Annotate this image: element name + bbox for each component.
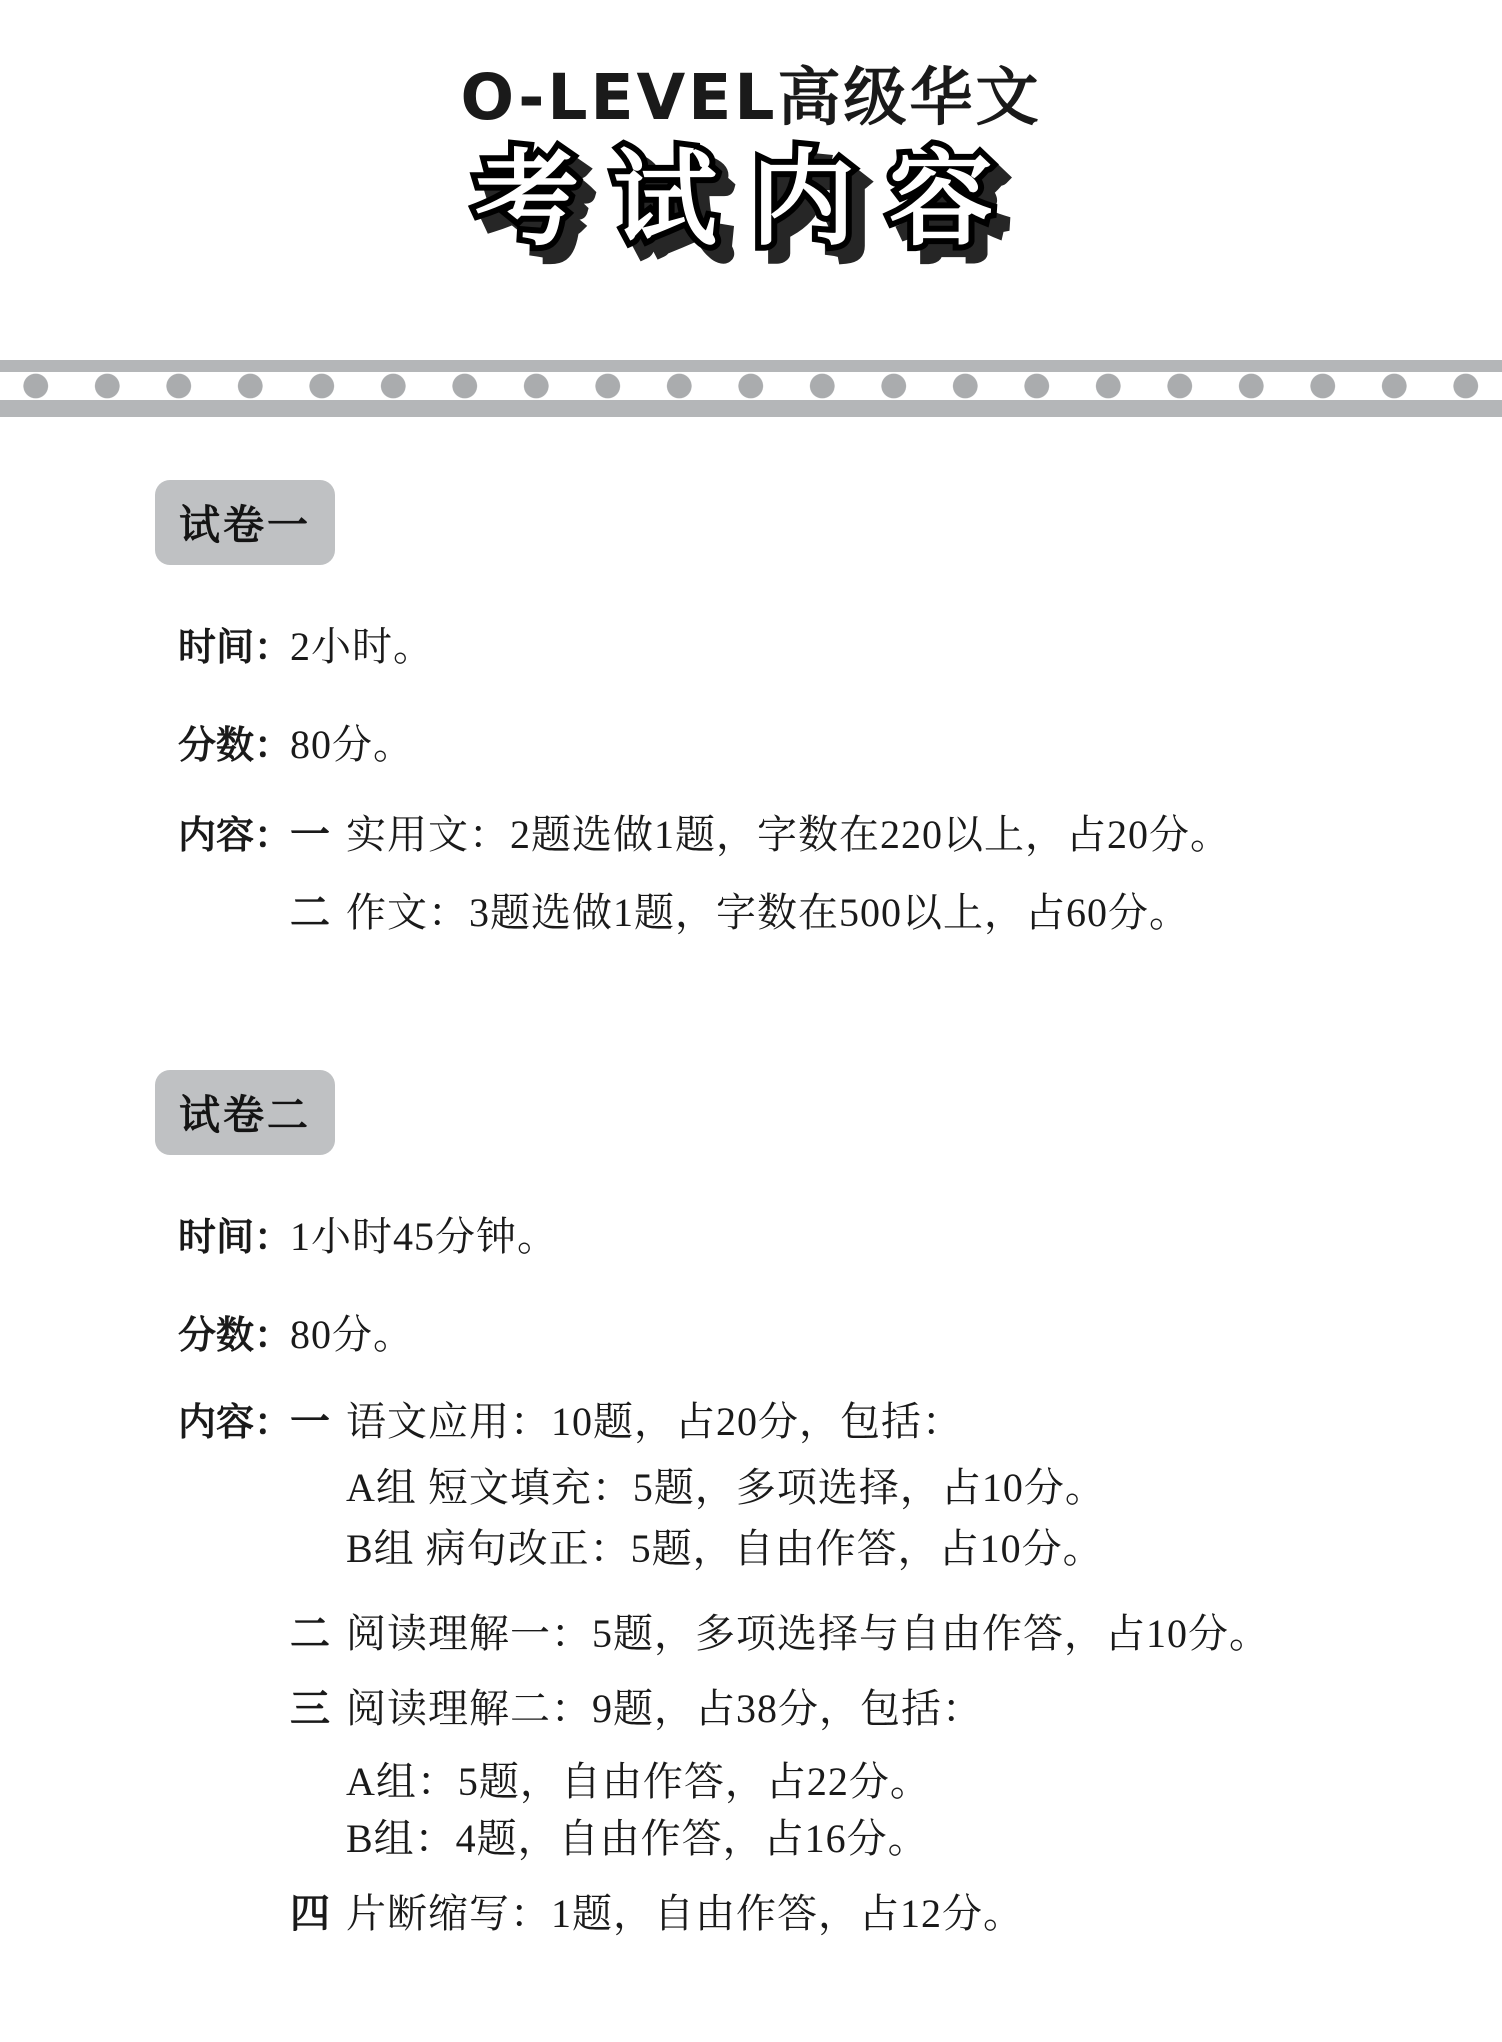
paper2-content-row-2: 二 阅读理解一：5题，多项选择与自由作答，占10分。 xyxy=(178,1610,1502,1658)
paper1-item2-text: 作文：3题选做1题，字数在500以上，占60分。 xyxy=(346,889,1190,937)
paper2-content-row-4: 四 片断缩写：1题，自由作答，占12分。 xyxy=(178,1890,1502,1938)
paper1-time-row: 时间： 2小时。 xyxy=(178,623,1502,671)
paper2-time-row: 时间： 1小时45分钟。 xyxy=(178,1213,1502,1261)
strip-dot-pattern xyxy=(0,372,1502,400)
page-subtitle: 考试内容 考试内容 考试内容 xyxy=(0,137,1502,307)
paper1-score-row: 分数： 80分。 xyxy=(178,721,1502,769)
paper2-content-label: 内容： xyxy=(178,1398,290,1446)
paper1-time-value: 2小时。 xyxy=(290,623,434,671)
strip-top-bar xyxy=(0,360,1502,372)
paper1-item1-text: 实用文：2题选做1题，字数在220以上，占20分。 xyxy=(346,811,1231,859)
page-title: O-LEVEL高级华文 xyxy=(0,0,1502,129)
paper1-content-row-1: 内容： 一 实用文：2题选做1题，字数在220以上，占20分。 xyxy=(178,811,1502,859)
paper2-item1-ordinal: 一 xyxy=(290,1398,346,1446)
paper2-item1-subrow-b: B组 病句改正：5题，自由作答，占10分。 xyxy=(346,1525,1502,1573)
paper2-item1-sub-a-text: A组 短文填充：5题，多项选择，占10分。 xyxy=(346,1464,1106,1512)
strip-bottom-bar xyxy=(0,400,1502,417)
paper2-item1-subrow-a: A组 短文填充：5题，多项选择，占10分。 xyxy=(346,1464,1502,1512)
film-strip-divider xyxy=(0,360,1502,417)
spacer xyxy=(178,1610,290,1658)
paper2-score-value: 80分。 xyxy=(290,1311,414,1359)
subtitle-fill-layer: 考试内容 xyxy=(475,138,1027,260)
paper2-item3-ordinal: 三 xyxy=(290,1685,346,1733)
spacer xyxy=(178,1685,290,1733)
paper2-time-value: 1小时45分钟。 xyxy=(290,1213,558,1261)
paper2-score-row: 分数： 80分。 xyxy=(178,1311,1502,1359)
paper1-badge: 试卷一 xyxy=(155,480,335,565)
paper2-item3-subrow-a: A组：5题，自由作答，占22分。 xyxy=(346,1758,1502,1806)
paper2-item1-text: 语文应用：10题，占20分，包括： xyxy=(346,1398,963,1446)
paper1-score-label: 分数： xyxy=(178,721,290,769)
paper2-content-row-3: 三 阅读理解二：9题，占38分，包括： xyxy=(178,1685,1502,1733)
paper2-badge: 试卷二 xyxy=(155,1070,335,1155)
paper1-content-row-2: 二 作文：3题选做1题，字数在500以上，占60分。 xyxy=(178,889,1502,937)
spacer xyxy=(178,1890,290,1938)
paper2-item3-subrow-b: B组：4题，自由作答，占16分。 xyxy=(346,1815,1502,1863)
paper2-content-row-1: 内容： 一 语文应用：10题，占20分，包括： xyxy=(178,1398,1502,1446)
paper2-item2-ordinal: 二 xyxy=(290,1610,346,1658)
paper2-item4-ordinal: 四 xyxy=(290,1890,346,1938)
paper2-item3-text: 阅读理解二：9题，占38分，包括： xyxy=(346,1685,983,1733)
paper1-item2-ordinal: 二 xyxy=(290,889,346,937)
paper1-time-label: 时间： xyxy=(178,623,290,671)
paper1-item1-ordinal: 一 xyxy=(290,811,346,859)
paper2-item3-sub-b-text: B组：4题，自由作答，占16分。 xyxy=(346,1815,929,1863)
paper1-content-label: 内容： xyxy=(178,811,290,859)
paper2-item2-text: 阅读理解一：5题，多项选择与自由作答，占10分。 xyxy=(346,1610,1270,1658)
paper2-score-label: 分数： xyxy=(178,1311,290,1359)
paper2-item3-sub-a-text: A组：5题，自由作答，占22分。 xyxy=(346,1758,931,1806)
page-content: 试卷一 时间： 2小时。 分数： 80分。 内容： 一 实用文：2题选做1题，字… xyxy=(0,417,1502,1938)
subtitle-calligraphy: 考试内容 考试内容 考试内容 xyxy=(475,137,1027,262)
spacer xyxy=(178,889,290,937)
paper1-score-value: 80分。 xyxy=(290,721,414,769)
paper2-time-label: 时间： xyxy=(178,1213,290,1261)
paper2-item4-text: 片断缩写：1题，自由作答，占12分。 xyxy=(346,1890,1024,1938)
paper2-item1-sub-b-text: B组 病句改正：5题，自由作答，占10分。 xyxy=(346,1525,1104,1573)
